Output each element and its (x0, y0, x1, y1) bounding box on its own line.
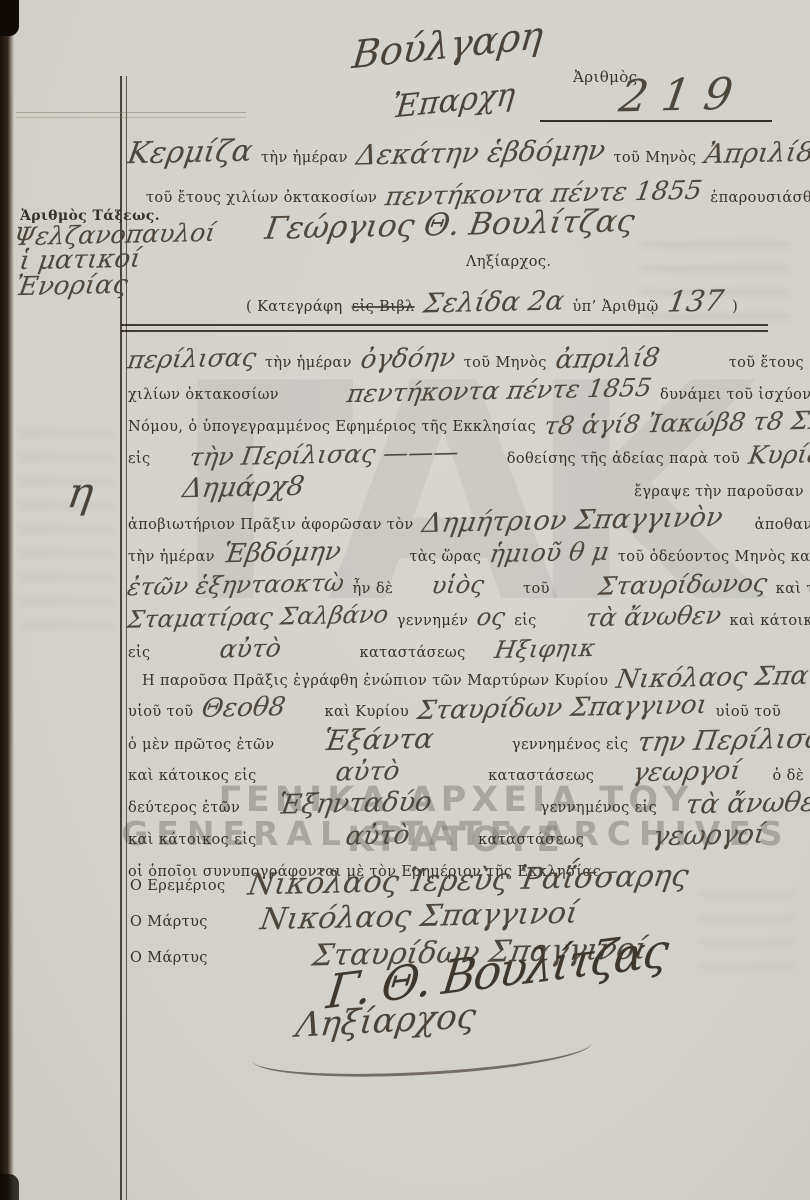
book-gutter-shadow (0, 0, 14, 1200)
faint-margin-rule (16, 112, 246, 118)
printed-text: Ο Μάρτυς (130, 943, 208, 974)
handwritten-text: 137 (665, 286, 725, 316)
document-line: Ψελζανοπαυλοί (14, 222, 120, 247)
document-line: υἱοῦ τοῦΘεοθ8καὶ ΚυρίουΣταυρίδων Σπαγγιν… (128, 695, 804, 726)
printed-text: υἱοῦ τοῦ (128, 698, 193, 726)
handwritten-text: Ἀπριλί8 (703, 139, 810, 168)
document-line: τὴν ἡμέρανἙβδόμηντὰς ὥραςἡμιοῦ θ μτοῦ ὁδ… (128, 540, 804, 572)
handwritten-text: αὐτὸ (217, 635, 282, 661)
handwritten-text: Θεοθ8 (200, 694, 287, 722)
handwritten-text: περίλισας (126, 345, 258, 373)
handwritten-text: ὀγδόην (359, 345, 457, 373)
document-line: καὶ κάτοικος εἰςαὐτὸκαταστάσεωςγεωργοίὁ … (128, 759, 804, 790)
document-line: δεύτερος ἐτῶνἙξηνταδύογεννημένος εἰςτὰ ἄ… (128, 790, 804, 822)
printed-text: τὴν ἡμέραν (128, 542, 215, 572)
printed-text: εἰς (514, 606, 537, 636)
printed-text: ) (732, 292, 738, 322)
handwritten-text: ος (475, 605, 507, 630)
handwritten-text: Κερμίζα (125, 137, 254, 170)
document-line: Ἐνορίας (14, 273, 120, 299)
printed-text: Ο Ερεμέριος (130, 871, 226, 902)
printed-text: υἱοῦ τοῦ (716, 698, 781, 726)
registrar-header-block: Γεώργιος Θ. ΒουλίτζαςΛηξίαρχος.( Κατεγρά… (238, 210, 778, 322)
printed-text: τοῦ (523, 574, 550, 604)
handwritten-text: Ηξιφηικ (493, 636, 597, 662)
handwritten-text: Νικόλαος Σπαγγινοί (615, 661, 810, 693)
handwritten-text: υἱὸς (430, 572, 486, 597)
printed-text: Νόμου, ὁ ὑπογεγραμμένος Εφημέριος τῆς Εκ… (128, 412, 536, 442)
printed-text: ( Κατεγράφη (246, 292, 343, 322)
document-line: περίλισαςτὴν ἡμέρανὀγδόηντοῦ Μηνὸςἀπριλί… (128, 346, 804, 378)
printed-text: ὁ δὲ (773, 762, 804, 790)
handwritten-text: Σελίδα 2α (421, 288, 565, 318)
printed-text: γεννημένος εἰς (512, 731, 629, 759)
printed-text: τοῦ Μηνὸς (613, 138, 696, 178)
handwritten-text: Νικόλαος Ἱερεὺς Ῥαΐσσαρης (245, 861, 690, 900)
handwritten-text: την Περίλισας (635, 725, 810, 756)
document-line: Ο ΕρεμέριοςΝικόλαος Ἱερεὺς Ῥαΐσσαρης (130, 866, 750, 902)
document-line: Νόμου, ὁ ὑπογεγραμμένος Εφημέριος τῆς Εκ… (128, 410, 804, 442)
handwritten-text: Ἐνορίας (14, 272, 130, 300)
printed-text: Ληξίαρχος. (466, 247, 551, 277)
printed-text: γεννημένος εἰς (541, 794, 658, 822)
record-number-value: 219 (616, 73, 749, 120)
handwritten-text: Ἑβδόμην (222, 539, 343, 567)
handwritten-text: ἀπριλί8 (554, 345, 662, 373)
printed-text: τὴν ἡμέραν (265, 348, 352, 378)
document-line: ἐτῶν ἑξηνταοκτὼἦν δὲυἱὸςτοῦΣταυρίδωνοςκα… (128, 572, 804, 604)
handwritten-text: Σταματίρας Σαλβάνο (126, 602, 390, 631)
document-line: καὶ κάτοικος εἰςαὐτὸκαταστάσεωςγεωργοί (128, 822, 804, 854)
printed-text: τὰς ὥρας (409, 542, 481, 572)
handwritten-text: αὐτὸ (344, 822, 412, 849)
handwritten-text: Δεκάτην ἑβδόμην (354, 136, 607, 169)
handwritten-text: Κυρί8 (747, 441, 810, 468)
handwritten-text: αὐτὸ (334, 758, 402, 785)
document-line: χιλίων ὀκτακοσίωνπεντήκοντα πέντε 1855δυ… (128, 378, 804, 410)
printed-text: καταστάσεως (488, 762, 594, 790)
document-line: εἰςτὴν Περίλισας ———δοθείσης τῆς ἀδείας … (128, 442, 804, 474)
handwritten-text: Ἑξηνταδύο (277, 788, 434, 818)
document-line: Σταματίρας Σαλβάνογεννημένοςεἰςτὰ ἄνωθεν… (128, 604, 804, 636)
printed-text: ὑπ’ Ἀριθμῷ (572, 292, 658, 322)
handwritten-text: Δημήτριον Σπαγγινὸν (420, 504, 724, 537)
printed-text: Ο Μάρτυς (130, 907, 208, 938)
gutter-dark-corner-top (0, 0, 19, 36)
document-line: Γεώργιος Θ. Βουλίτζας (238, 210, 778, 241)
printed-text: εἰς (128, 444, 151, 474)
printed-text: καὶ κάτοικος εἰς (128, 762, 257, 790)
handwritten-text: Ἑξάντα (321, 725, 435, 755)
printed-text: καὶ κάτοικος εἰς (128, 826, 257, 854)
printed-text: τοῦ ὁδεύοντος Μηνὸς καὶ ἔτους (618, 542, 810, 572)
gutter-dark-corner-bottom (0, 1174, 19, 1200)
printed-text: ὁ μὲν πρῶτος ἐτῶν (128, 731, 275, 759)
document-line: ἀποβιωτήριον Πρᾶξιν ἀφορῶσαν τὸνΔημήτριο… (128, 507, 804, 540)
printed-text: γεννημέν (397, 606, 468, 636)
top-annotation-line2: Ἐπαρχη (391, 79, 517, 123)
bleed-through-smudge (20, 430, 112, 630)
handwritten-text: τὴν Περίλισας ——— (187, 439, 460, 470)
printed-text: Η παροῦσα Πρᾶξις ἐγράφθη ἐνώπιον τῶν Μαρ… (142, 667, 608, 695)
margin-paraph-mark: η (65, 472, 97, 515)
document-line: Ληξίαρχος. (238, 247, 778, 277)
printed-text: τοῦ Μηνὸς (464, 348, 547, 378)
handwritten-text: Γεώργιος Θ. Βουλίτζας (263, 206, 637, 245)
margin-notes: Ψελζανοπαυλοίἱ ματικοίἘνορίας (14, 222, 120, 299)
handwritten-text: πεντήκοντα πέντε 1855 (346, 375, 654, 406)
handwritten-text: ἡμιοῦ θ μ (488, 539, 611, 566)
printed-text: εἰς Βιβλ (352, 292, 415, 322)
printed-text: καὶ κάτοικος (730, 606, 810, 636)
handwritten-text: τ8 ἁγί8 Ἰακώβ8 τ8 Σπιχ8 (543, 407, 810, 439)
printed-text: ἀποβιωτήριον Πρᾶξιν ἀφορῶσαν τὸν (128, 510, 414, 540)
header-separator-double-rule (121, 324, 768, 332)
handwritten-text: τὰ ἄνωθεν (584, 603, 723, 631)
printed-text: τὴν ἡμέραν (261, 138, 348, 178)
document-line: Κερμίζατὴν ἡμέρανΔεκάτην ἑβδόμηντοῦ Μηνὸ… (128, 138, 800, 178)
handwritten-text: γεωργοί (651, 821, 767, 850)
document-line: ( Κατεγράφηεἰς ΒιβλΣελίδα 2αὑπ’ Ἀριθμῷ13… (238, 287, 778, 322)
document-line: ὁ μὲν πρῶτος ἐτῶνἙξάνταγεννημένος εἰςτην… (128, 726, 804, 759)
act-body-paragraph: περίλισαςτὴν ἡμέρανὀγδόηντοῦ Μηνὸςἀπριλί… (128, 346, 804, 668)
printed-text: χιλίων ὀκτακοσίων (128, 380, 279, 410)
printed-text: δοθείσης τῆς ἀδείας παρὰ τοῦ (507, 444, 740, 474)
printed-text: δεύτερος ἐτῶν (128, 794, 240, 822)
printed-text: καὶ τῆς (776, 574, 810, 604)
handwritten-text: Δημάρχ8 (181, 473, 306, 503)
handwritten-text: ἐτῶν ἑξηνταοκτὼ (126, 571, 346, 600)
printed-text: καταστάσεως (478, 826, 584, 854)
document-line: ἱ ματικοί (14, 247, 120, 273)
handwritten-text: γεωργοί (631, 758, 743, 786)
witness-paragraph: Η παροῦσα Πρᾶξις ἐγράφθη ἐνώπιον τῶν Μαρ… (128, 664, 804, 886)
scanned-document-page: ΓΑΚ ΓΕΝΙΚΑ ΑΡΧΕΙΑ ΤΟΥ ΚΡΑΤΟΥΣ GENERAL ST… (0, 0, 810, 1200)
printed-text: τοῦ ἔτους (729, 348, 804, 378)
handwritten-text: Σταυρίδωνος (597, 570, 769, 599)
handwritten-text: τὰ ἄνωθεν (684, 788, 810, 818)
printed-text: ἀποθαν (755, 510, 810, 540)
handwritten-text: Νικόλαος Σπαγγινοί (258, 899, 580, 936)
top-annotation-line1: Βούλγαρη (350, 16, 544, 75)
handwritten-text: Σταυρίδων Σπαγγινοι (416, 692, 710, 724)
